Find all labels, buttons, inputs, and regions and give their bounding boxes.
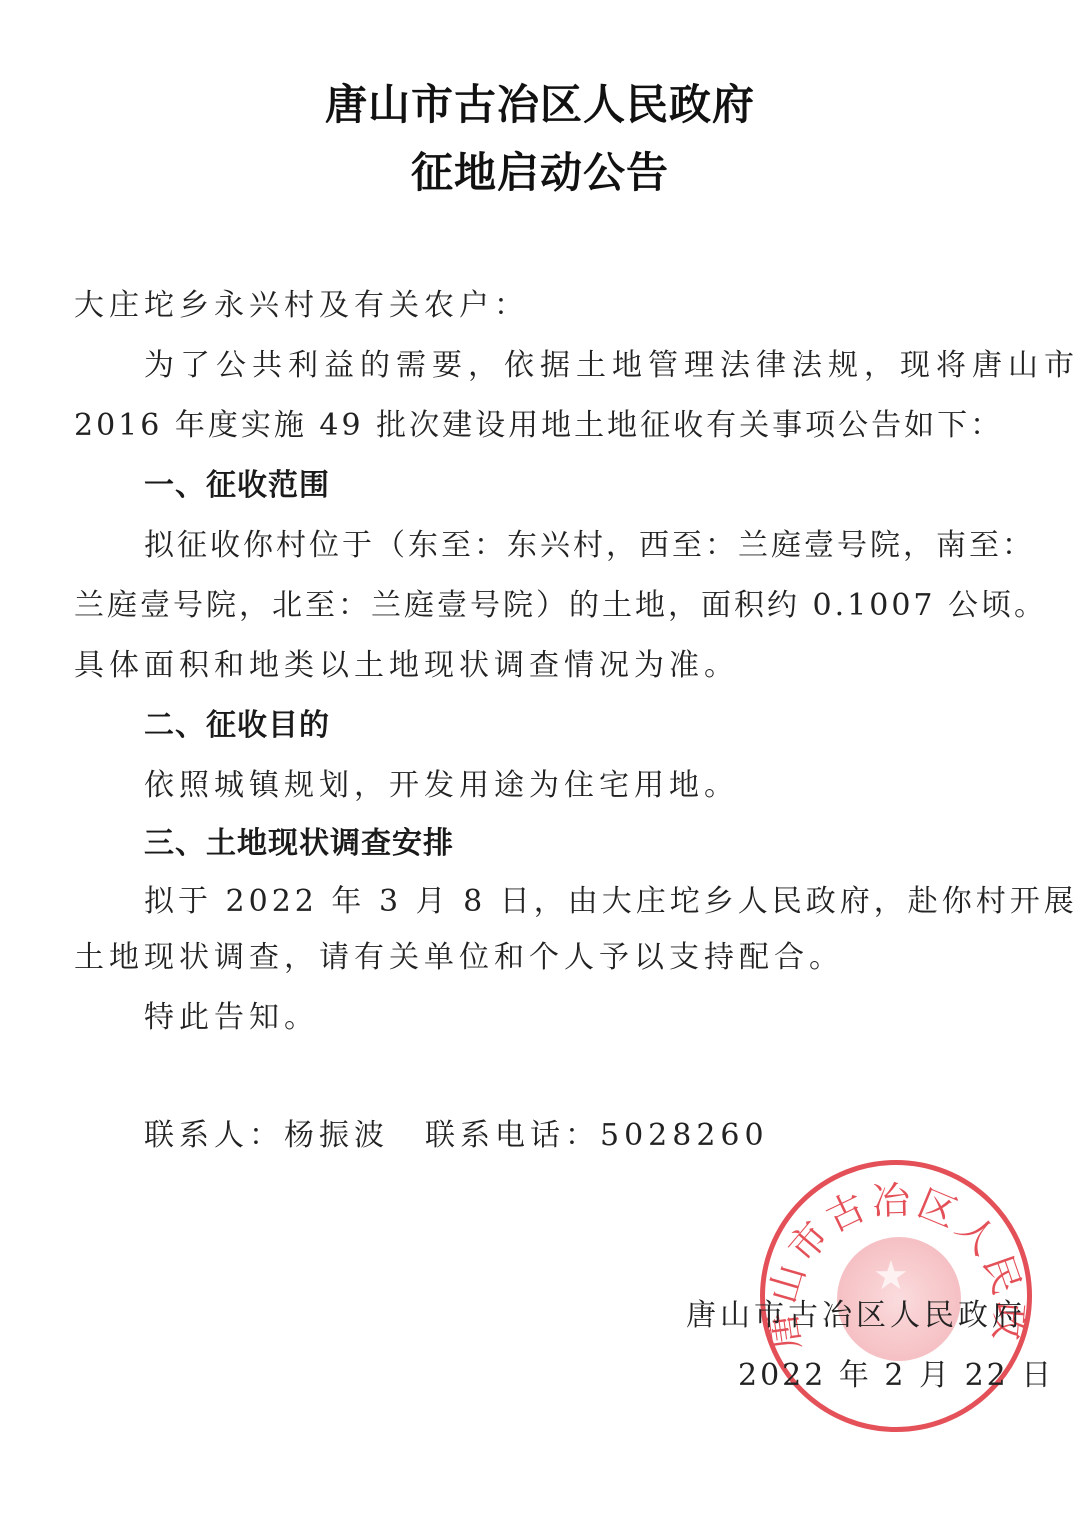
- section-2-line-1: 依照城镇规划，开发用途为住宅用地。: [144, 760, 739, 804]
- section-1-heading: 一、征收范围: [144, 460, 330, 504]
- contact-person: 杨振波: [284, 1118, 389, 1153]
- intro-line-1: 为了公共利益的需要，依据土地管理法律法规，现将唐山市: [144, 340, 1080, 384]
- section-1-line-1: 拟征收你村位于（东至：东兴村，西至：兰庭壹号院，南至：: [144, 520, 1035, 564]
- section-2-heading: 二、征收目的: [144, 700, 330, 744]
- intro-line-2: 2016 年度实施 49 批次建设用地土地征收有关事项公告如下：: [74, 400, 1003, 444]
- section-1-line-3: 具体面积和地类以土地现状调查情况为准。: [74, 640, 739, 684]
- salutation: 大庄坨乡永兴村及有关农户：: [74, 280, 529, 324]
- closing-text: 特此告知。: [144, 992, 319, 1036]
- title-line-2: 征地启动公告: [0, 140, 1080, 200]
- issue-date: 2022 年 2 月 22 日: [738, 1350, 1054, 1394]
- section-1-line-2: 兰庭壹号院，北至：兰庭壹号院）的土地，面积约 0.1007 公顷。: [74, 580, 1047, 624]
- section-3-line-2: 土地现状调查，请有关单位和个人予以支持配合。: [74, 932, 844, 976]
- contact-phone: 5028260: [600, 1118, 769, 1153]
- title-line-1: 唐山市古冶区人民政府: [0, 72, 1080, 132]
- section-3-heading: 三、土地现状调查安排: [144, 818, 454, 862]
- contact-phone-label: 联系电话：: [425, 1118, 600, 1153]
- contact-person-label: 联系人：: [144, 1118, 284, 1153]
- section-3-line-1: 拟于 2022 年 3 月 8 日，由大庄坨乡人民政府，赴你村开展: [144, 876, 1078, 920]
- contact-line: 联系人：杨振波联系电话：5028260: [144, 1110, 769, 1154]
- issuer-signature: 唐山市古冶区人民政府: [686, 1290, 1026, 1334]
